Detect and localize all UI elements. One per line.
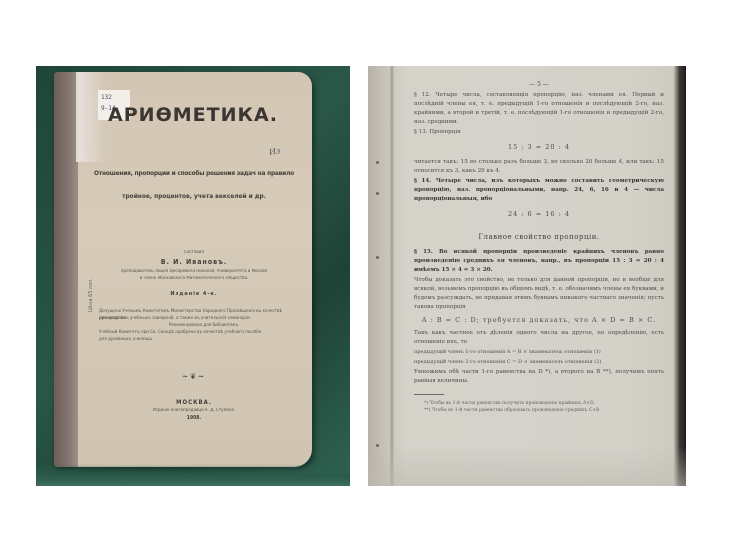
section-heading: Главное свойство пропорціи.	[414, 233, 664, 242]
handwritten-note: Из	[268, 146, 281, 157]
margin-mark	[376, 256, 379, 259]
author-description-2: и членъ Московского Математического Обще…	[76, 276, 312, 281]
by-line: Составил	[76, 250, 312, 255]
book-cover-photo: 132 9-14 АРИӨМЕТИКА. Из Отношения, пропо…	[36, 66, 350, 486]
paragraph: Такъ какъ частное отъ дѣленія одного чис…	[414, 329, 664, 347]
paragraph: § 15. Во всякой пропорціи произведеніе к…	[414, 248, 664, 275]
approval-note: для среднихъ учебныхъ заведеній, а также…	[99, 315, 309, 322]
spine-cloth-strip	[54, 72, 78, 467]
book-subtitle-line-1: Отношения, пропорции и способы решения з…	[76, 169, 312, 177]
open-page-photo: — 5 — § 12. Четыре числа, составляющія п…	[368, 66, 686, 486]
edition: Изданіе 4-е.	[76, 291, 312, 297]
book-cover: 132 9-14 АРИӨМЕТИКА. Из Отношения, пропо…	[54, 72, 312, 467]
ornament-icon: ~❦~	[76, 372, 312, 381]
approval-note: Рекомендовано для библиотекъ.	[99, 322, 309, 329]
publication-year: 1908.	[76, 415, 312, 421]
formula: 24 : 6 = 16 : 4	[414, 210, 664, 219]
paragraph: Чтобы доказать это свойство, не только д…	[414, 276, 664, 312]
paragraph: § 12. Четыре числа, составляющія пропорц…	[414, 91, 664, 127]
library-label-line: 132	[101, 92, 127, 103]
footnote: **) Чтобы въ 1-й части равенства образов…	[414, 407, 664, 414]
cloth-background	[36, 464, 350, 486]
page-shadow	[368, 446, 686, 486]
book-title: АРИӨМЕТИКА.	[54, 104, 312, 126]
paragraph: § 13. Пропорція	[414, 128, 664, 137]
publication-city: МОСКВА.	[76, 399, 312, 406]
paragraph: предыдущій членъ 2-го отношенія C = D × …	[414, 358, 664, 367]
book-subtitle-line-2: тройное, процентов, учета векселей и др.	[76, 192, 312, 200]
formula: A : B = C : D; требуется доказать, что A…	[414, 316, 664, 325]
formula: 15 : 3 = 20 : 4	[414, 143, 664, 152]
paragraph: предыдущій членъ 1-го отношенія A = B × …	[414, 348, 664, 357]
author-description-1: преподаватель Лицея Цесаревича Николая, …	[76, 269, 312, 274]
footnote-divider	[414, 394, 444, 395]
margin-mark	[376, 161, 379, 164]
author-name: В. И. Ивановъ.	[76, 258, 312, 266]
page-gutter	[390, 66, 394, 486]
footnote: *) Чтобы въ 1-й части равенства получить…	[414, 400, 664, 407]
approval-note: для духовныхъ училищъ.	[99, 336, 309, 343]
paragraph: § 14. Четыре числа, изъ которыхъ можно с…	[414, 177, 664, 204]
price-stamp: Цѣна 65 коп.	[88, 278, 94, 312]
approval-note: Учебный Комитетъ при Св. Синодѣ одобрено…	[99, 329, 309, 336]
paragraph: читается такъ: 15 во столько разъ больше…	[414, 158, 664, 176]
publisher: Изданіе книгопродавца А. Д. Ступина.	[76, 408, 312, 413]
page-text: — 5 — § 12. Четыре числа, составляющія п…	[414, 80, 664, 414]
margin-mark	[376, 192, 379, 195]
page-number: — 5 —	[414, 80, 664, 89]
paragraph: Умножимъ обѣ части 1-го равенства на D *…	[414, 368, 664, 386]
